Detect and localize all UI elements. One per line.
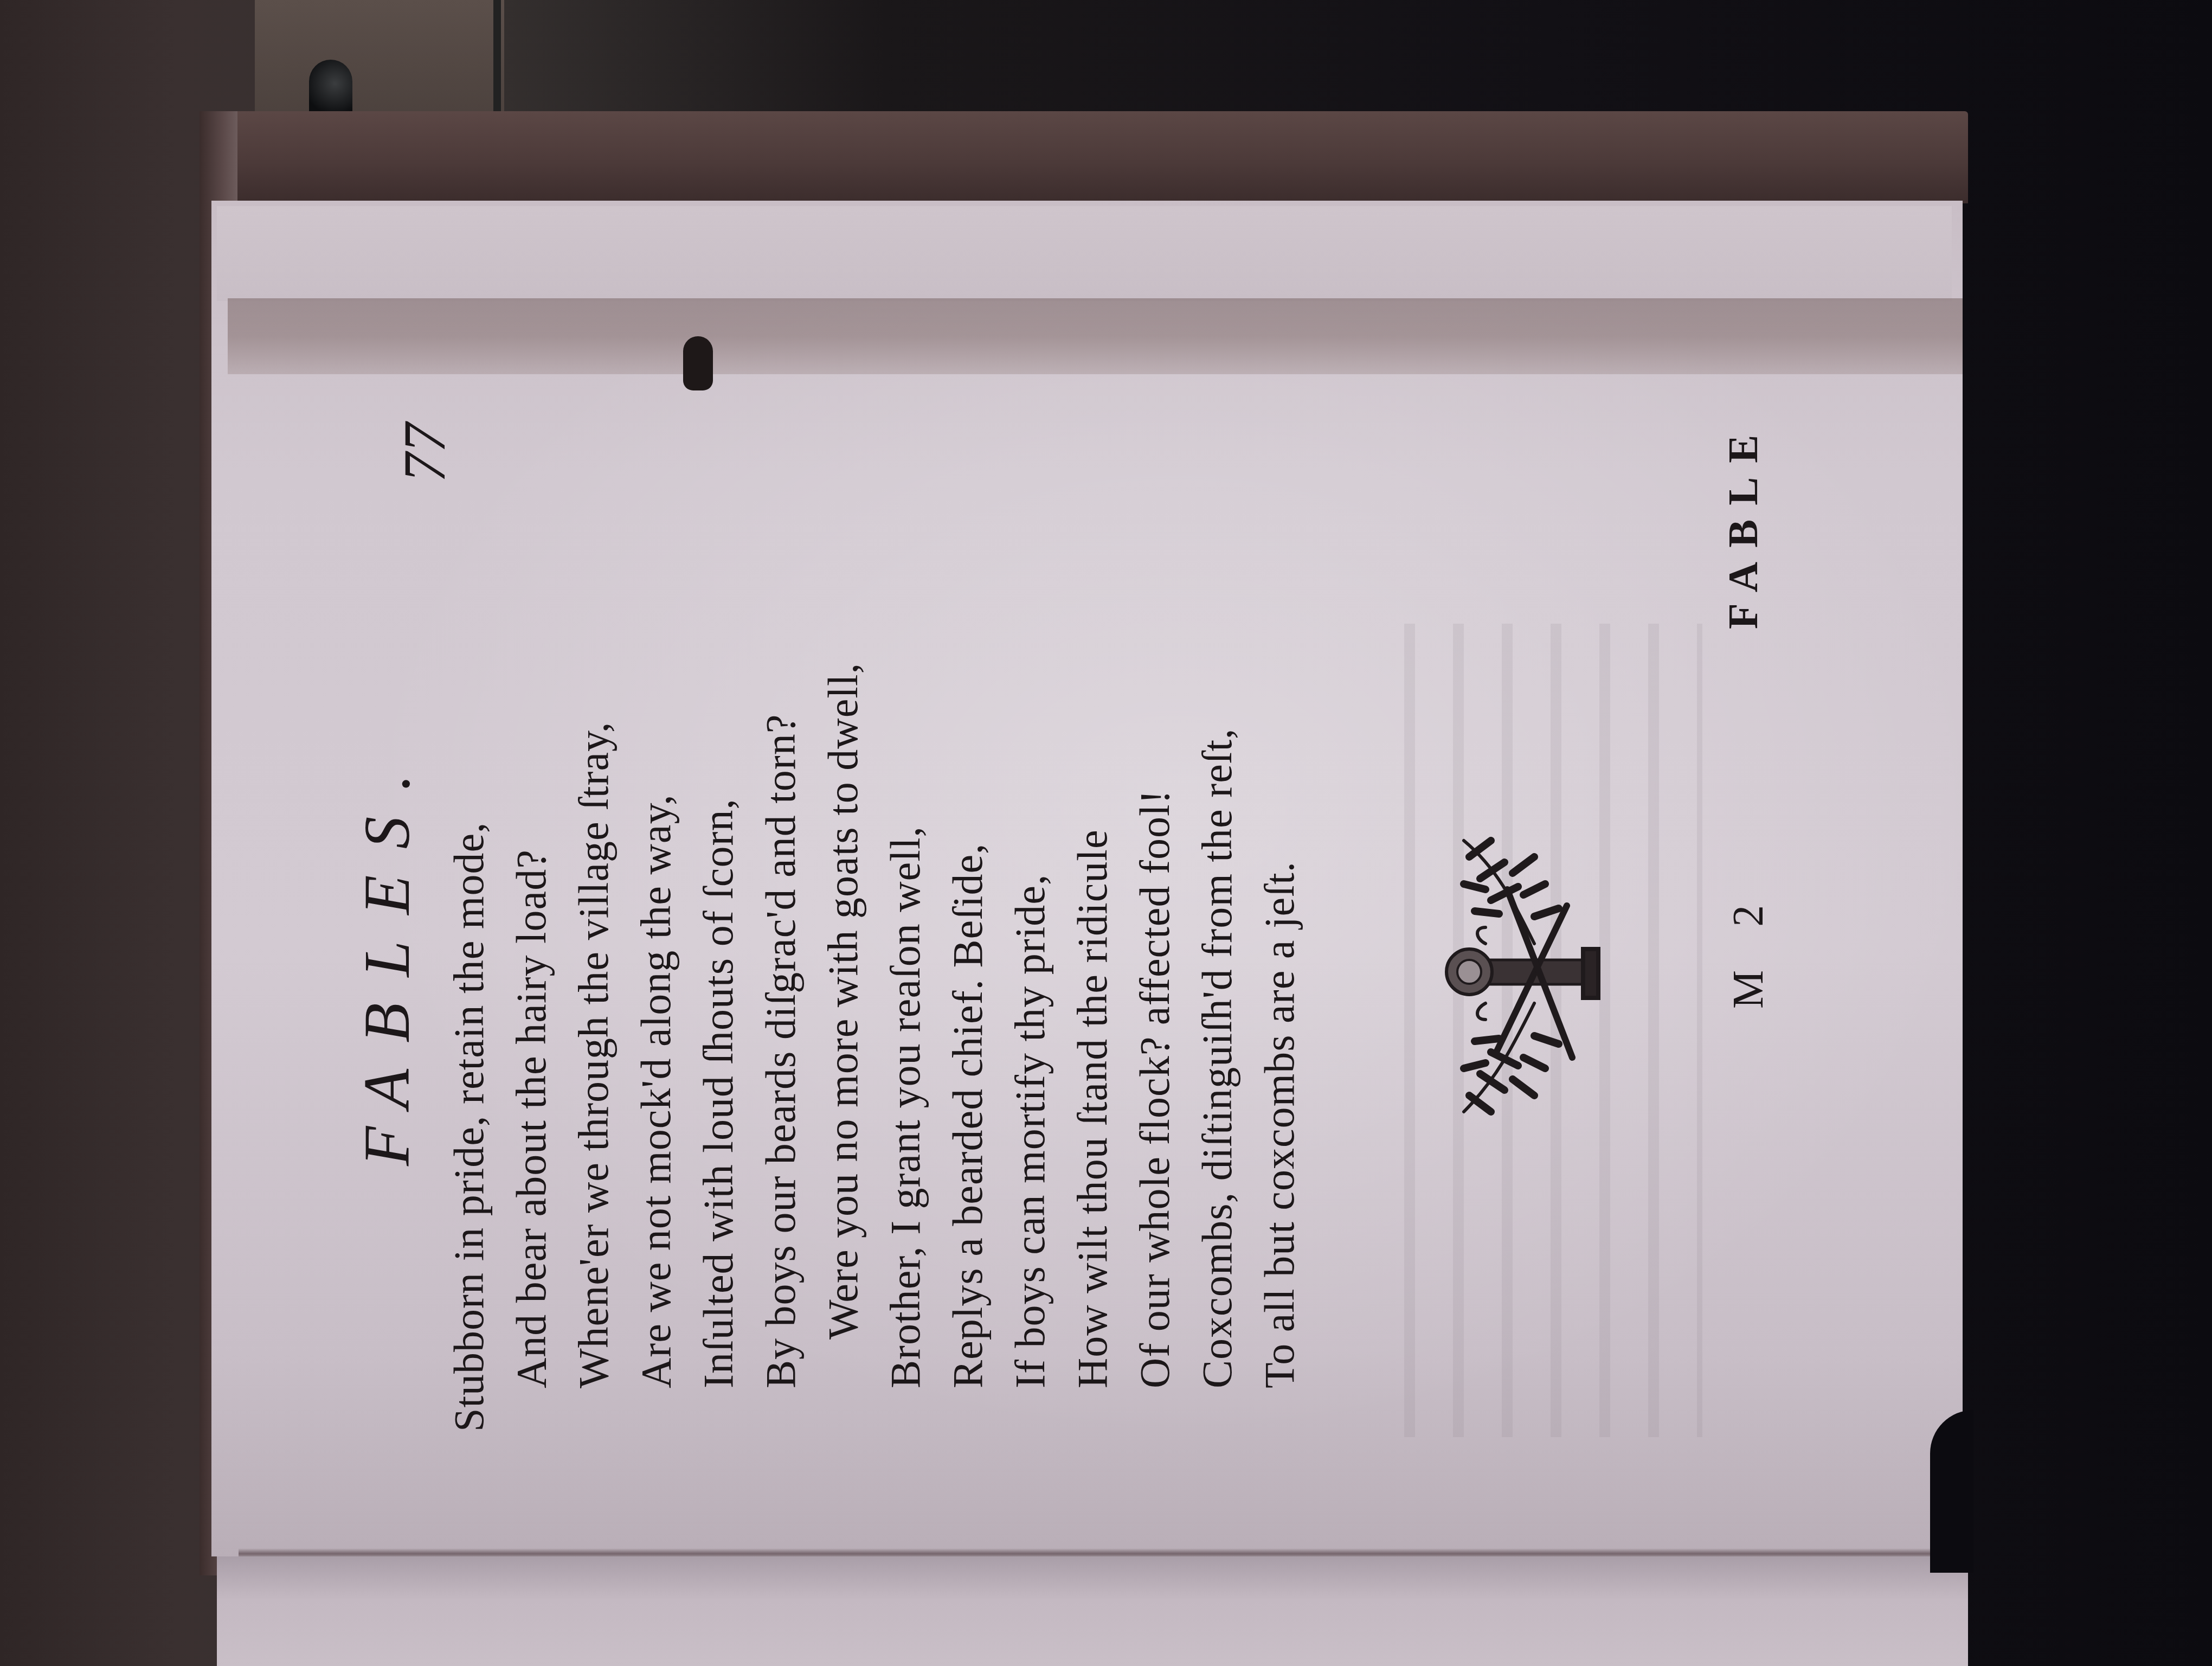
poem-line: How wilt thou ſtand the ridicule <box>1068 829 1117 1388</box>
poem-line: Brother, I grant you reaſon well, <box>881 826 930 1388</box>
page-number: 77 <box>390 423 459 483</box>
page-corner-curve <box>1930 1410 1973 1573</box>
poem-line: And bear about the hairy load? <box>507 849 556 1388</box>
ink-blot-mark <box>683 336 713 390</box>
poem-line: Stubborn in pride, retain the mode, <box>445 822 493 1432</box>
page-top-margin <box>217 206 1952 301</box>
background-knob <box>309 60 352 119</box>
poem-line: To all but coxcombs are a jeſt. <box>1255 861 1304 1388</box>
poem-line: Whene'er we through the village ſtray, <box>569 721 618 1388</box>
background-wall-panel <box>255 0 504 130</box>
poem-line: Replys a bearded chief. Beſide, <box>943 843 992 1388</box>
poem-line: Coxcombs, diſtinguiſh'd from the reſt, <box>1193 728 1242 1388</box>
poem-line: If boys can mortify thy pride, <box>1006 874 1054 1388</box>
ornament-tailpiece-icon <box>1431 824 1605 1128</box>
facing-page <box>217 1556 1968 1666</box>
page-edge-stain <box>228 298 1963 374</box>
background-door-frame <box>493 0 501 130</box>
poem-line: Are we not mock'd along the way, <box>632 794 680 1388</box>
poem-line: Of our whole flock? affected fool! <box>1130 789 1179 1388</box>
poem-line: Inſulted with loud ſhouts of ſcorn, <box>694 798 743 1388</box>
book-binding-top <box>206 111 1968 203</box>
poem-line-indented: Were you no more with goats to dwell, <box>819 663 867 1340</box>
catchword: FABLE <box>1719 421 1767 629</box>
running-head: FABLES. <box>350 748 425 1166</box>
poem-line: By boys our beards diſgrac'd and torn? <box>756 714 805 1388</box>
signature-mark: M 2 <box>1724 889 1773 1009</box>
